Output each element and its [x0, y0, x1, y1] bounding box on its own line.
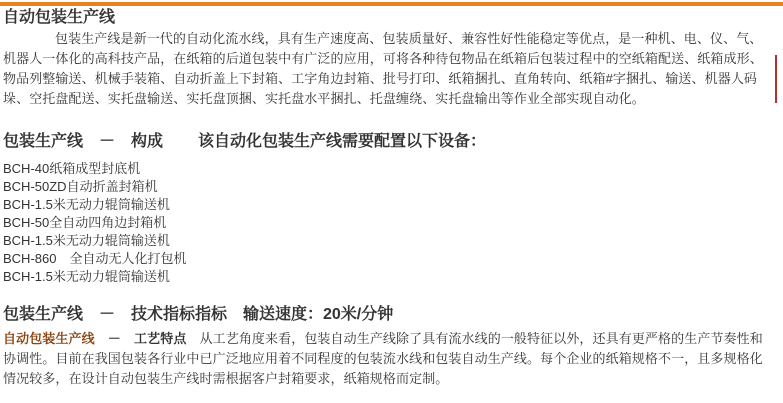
equipment-item: BCH-1.5米无动力辊筒输送机 [3, 196, 186, 214]
intro-paragraph: 包装生产线是新一代的自动化流水线，具有生产速度高、包装质量好、兼容性好性能稳定等… [3, 29, 772, 109]
equipment-item: BCH-40纸箱成型封底机 [3, 160, 186, 178]
composition-heading-subtitle: 该自动化包装生产线需要配置以下设备： [198, 133, 486, 150]
equipment-item: BCH-860 全自动无人化打包机 [3, 250, 186, 268]
composition-heading: 包装生产线 － 构成该自动化包装生产线需要配置以下设备： [3, 132, 486, 152]
page-title: 自动包装生产线 [3, 8, 115, 28]
process-subtitle: 工艺特点 [134, 331, 186, 346]
equipment-list: BCH-40纸箱成型封底机BCH-50ZD自动折盖封箱机BCH-1.5米无动力辊… [3, 160, 186, 286]
equipment-item: BCH-50ZD自动折盖封箱机 [3, 178, 186, 196]
red-vertical-marker [775, 55, 777, 103]
equipment-item: BCH-1.5米无动力辊筒输送机 [3, 268, 186, 286]
composition-heading-title: 包装生产线 － 构成 [3, 133, 163, 150]
equipment-item: BCH-50全自动四角边封箱机 [3, 214, 186, 232]
process-lead: 自动包装生产线 [3, 331, 95, 346]
equipment-item: BCH-1.5米无动力辊筒输送机 [3, 232, 186, 250]
top-accent-bar [0, 2, 783, 6]
process-separator: － [95, 331, 134, 346]
process-paragraph: 自动包装生产线 － 工艺特点 从工艺角度来看，包装自动生产线除了具有流水线的一般… [3, 329, 772, 389]
specs-heading: 包装生产线 － 技术指标指标 输送速度：20米/分钟 [3, 305, 393, 325]
